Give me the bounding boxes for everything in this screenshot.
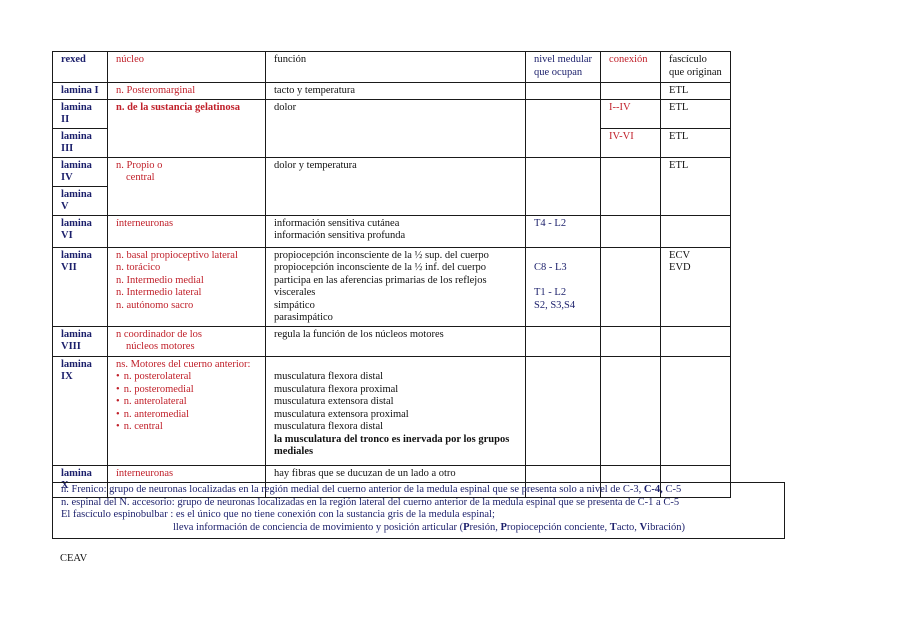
nivel-cell: C8 - L3 T1 - L2 S2, S3,S4 — [526, 247, 601, 326]
conexion-cell — [601, 356, 661, 465]
funcion-line: musculatura flexora distal — [274, 421, 517, 434]
rexed-cell: lamina II — [53, 99, 108, 128]
document-page: rexed núcleo función nivel medularque oc… — [0, 0, 905, 640]
rexed-line: VIII — [61, 341, 99, 354]
note-text: resión, — [470, 522, 501, 533]
funcion-line: información sensitiva profunda — [274, 230, 517, 243]
funcion-cell: tacto y temperatura — [266, 83, 526, 100]
rexed-cell: lamina VII — [53, 247, 108, 326]
rexed-cell: lamina V — [53, 186, 108, 215]
funcion-line: musculatura extensora distal — [274, 396, 517, 409]
nucleo-cell: n. basal propioceptivo lateral n. toráci… — [108, 247, 266, 326]
nivel-cell — [526, 83, 601, 100]
table-row: lamina VII n. basal propioceptivo latera… — [53, 247, 731, 326]
table-row: lamina II n. de la sustancia gelatinosa … — [53, 99, 731, 128]
nucleo-title: ns. Motores del cuerno anterior: — [116, 359, 257, 372]
nucleo-line: n. central — [116, 421, 257, 434]
funcion-cell: dolor y temperatura — [266, 157, 526, 215]
conexion-cell — [601, 157, 661, 215]
note-espinal-accesorio: n. espinal del N. accesorio: grupo de ne… — [61, 497, 776, 510]
nucleo-line: n. Propio o — [116, 160, 257, 173]
nivel-cell — [526, 326, 601, 356]
fasciculo-cell: ETL — [661, 157, 731, 215]
conexion-cell: IV-VI — [601, 128, 661, 157]
note-text: ropiocepción conciente, — [507, 522, 610, 533]
nucleo-cell: n. de la sustancia gelatinosa — [108, 99, 266, 157]
funcion-line: propiocepción inconsciente de la ½ inf. … — [274, 262, 517, 275]
nucleo-line: n. anterolateral — [116, 396, 257, 409]
nucleo-line: n. anteromedial — [116, 409, 257, 422]
note-text: acto, — [617, 522, 640, 533]
funcion-line: musculatura extensora proximal — [274, 409, 517, 422]
header-nivel-line: nivel medular — [534, 54, 592, 67]
fasciculo-line: ECV — [669, 250, 722, 263]
note-espinobulbar: El fascículo espinobulbar : es el único … — [61, 509, 776, 522]
nivel-line: T1 - L2 — [534, 287, 592, 300]
funcion-line: musculatura flexora proximal — [274, 384, 517, 397]
funcion-cell: propiocepción inconsciente de la ½ sup. … — [266, 247, 526, 326]
funcion-bold-note: la musculatura del tronco es inervada po… — [274, 434, 517, 459]
nucleo-line: núcleos motores — [116, 341, 257, 354]
note-text: ibración) — [647, 522, 685, 533]
note-text: C-5 — [663, 484, 681, 495]
table-row: lamina IV n. Propio ocentral dolor y tem… — [53, 157, 731, 186]
note-frenico: n. Frenico: grupo de neuronas localizada… — [61, 484, 776, 497]
nivel-cell: T4 - L2 — [526, 215, 601, 247]
funcion-cell: dolor — [266, 99, 526, 157]
rexed-cell: lamina III — [53, 128, 108, 157]
nivel-cell — [526, 356, 601, 465]
nucleo-cell: ns. Motores del cuerno anterior: n. post… — [108, 356, 266, 465]
nucleo-line: n. posterolateral — [116, 371, 257, 384]
spacer — [274, 359, 517, 372]
nucleo-cell: n coordinador de losnúcleos motores — [108, 326, 266, 356]
header-fasciculo-line: que originan — [669, 67, 722, 80]
table-header-row: rexed núcleo función nivel medularque oc… — [53, 52, 731, 83]
rexed-cell: lamina IV — [53, 157, 108, 186]
fasciculo-cell: ETL — [661, 99, 731, 128]
conexion-cell — [601, 247, 661, 326]
nucleo-line: n. posteromedial — [116, 384, 257, 397]
rexed-cell: lamina IX — [53, 356, 108, 465]
rexed-line: lamina — [61, 329, 99, 342]
note-bold: C-4, — [644, 484, 663, 495]
funcion-line: simpático — [274, 300, 517, 313]
header-fasciculo-line: fascículo — [669, 54, 722, 67]
nucleo-line: central — [116, 172, 257, 185]
funcion-line: viscerales — [274, 287, 517, 300]
nucleo-line: n. Intermedio medial — [116, 275, 257, 288]
nivel-line: C8 - L3 — [534, 262, 592, 275]
rexed-cell: laminaVIII — [53, 326, 108, 356]
funcion-line: información sensitiva cutánea — [274, 218, 517, 231]
header-rexed: rexed — [53, 52, 108, 83]
header-funcion: función — [266, 52, 526, 83]
nucleo-line: n. torácico — [116, 262, 257, 275]
nivel-cell — [526, 157, 601, 215]
header-conexion: conexión — [601, 52, 661, 83]
note-initial: T — [610, 522, 617, 533]
nucleo-line: n. basal propioceptivo lateral — [116, 250, 257, 263]
nucleo-cell: n. Posteromarginal — [108, 83, 266, 100]
table-row: laminaVIII n coordinador de losnúcleos m… — [53, 326, 731, 356]
nucleo-cell: n. Propio ocentral — [108, 157, 266, 215]
conexion-cell: I--IV — [601, 99, 661, 128]
nucleo-line: n. Intermedio lateral — [116, 287, 257, 300]
nivel-cell — [526, 99, 601, 157]
funcion-cell: información sensitiva cutáneainformación… — [266, 215, 526, 247]
nivel-line: S2, S3,S4 — [534, 300, 592, 313]
funcion-cell: regula la función de los núcleos motores — [266, 326, 526, 356]
fasciculo-cell: ETL — [661, 128, 731, 157]
fasciculo-cell: ECV EVD — [661, 247, 731, 326]
funcion-line: musculatura flexora distal — [274, 371, 517, 384]
header-nivel: nivel medularque ocupan — [526, 52, 601, 83]
nucleo-cell: ínterneuronas — [108, 215, 266, 247]
author-footer: CEAV — [60, 553, 87, 566]
table-row: lamina IX ns. Motores del cuerno anterio… — [53, 356, 731, 465]
fasciculo-cell — [661, 215, 731, 247]
conexion-cell — [601, 326, 661, 356]
conexion-cell — [601, 83, 661, 100]
funcion-line: parasimpático — [274, 312, 517, 325]
note-espinobulbar-info: lleva información de conciencia de movim… — [61, 522, 776, 535]
fasciculo-cell — [661, 326, 731, 356]
note-text: n. Frenico: grupo de neuronas localizada… — [61, 484, 644, 495]
table-row: lamina VI ínterneuronas información sens… — [53, 215, 731, 247]
rexed-cell: lamina VI — [53, 215, 108, 247]
funcion-cell: musculatura flexora distal musculatura f… — [266, 356, 526, 465]
nucleo-line: n coordinador de los — [116, 329, 257, 342]
note-text: lleva información de conciencia de movim… — [173, 522, 463, 533]
fasciculo-cell: ETL — [661, 83, 731, 100]
table-row: lamina I n. Posteromarginal tacto y temp… — [53, 83, 731, 100]
nucleo-line: n. autónomo sacro — [116, 300, 257, 313]
funcion-line: propiocepción inconsciente de la ½ sup. … — [274, 250, 517, 263]
rexed-cell: lamina I — [53, 83, 108, 100]
notes-box: n. Frenico: grupo de neuronas localizada… — [52, 482, 785, 539]
spacer — [534, 275, 592, 288]
fasciculo-line: EVD — [669, 262, 722, 275]
rexed-laminae-table: rexed núcleo función nivel medularque oc… — [52, 51, 731, 498]
header-nucleo: núcleo — [108, 52, 266, 83]
fasciculo-cell — [661, 356, 731, 465]
conexion-cell — [601, 215, 661, 247]
spacer — [534, 250, 592, 263]
header-fasciculo: fascículoque originan — [661, 52, 731, 83]
header-nivel-line: que ocupan — [534, 67, 592, 80]
funcion-line: participa en las aferencias primarias de… — [274, 275, 517, 288]
